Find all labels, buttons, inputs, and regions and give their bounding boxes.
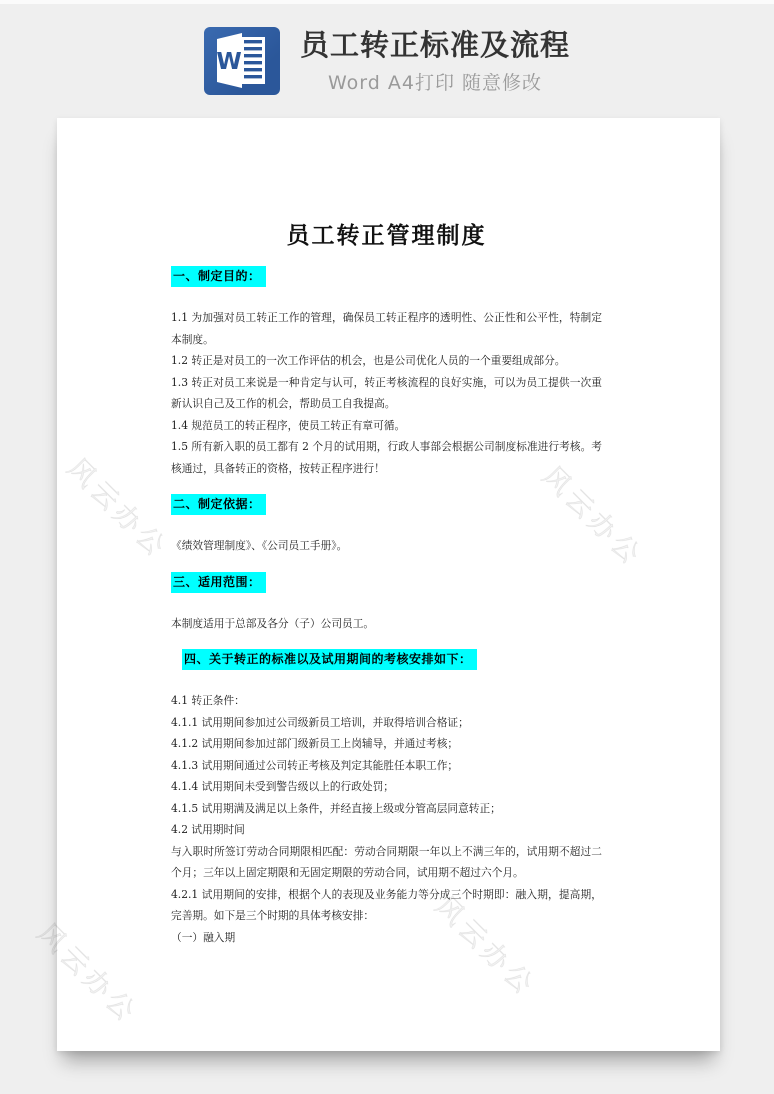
word-icon: W	[204, 27, 280, 95]
section-heading: 二、制定依据：	[171, 494, 266, 515]
paragraph: 4.1.2 试用期间参加过部门级新员工上岗辅导，并通过考核；	[171, 733, 602, 755]
page-title: 员工转正标准及流程	[300, 27, 570, 63]
paragraph: 4.2 试用期时间	[171, 819, 602, 841]
paragraph: 本制度适用于总部及各分（子）公司员工。	[171, 613, 602, 635]
section-heading: 四、关于转正的标准以及试用期间的考核安排如下：	[182, 649, 477, 670]
paragraph: 与入职时所签订劳动合同期限相匹配：劳动合同期限一年以上不满三年的，试用期不超过二…	[171, 841, 602, 884]
watermark-text: 风云办公	[60, 448, 178, 566]
paragraph: 4.1 转正条件：	[171, 690, 602, 712]
watermark-text: 风云办公	[30, 913, 148, 1031]
paragraph: 1.4 规范员工的转正程序，使员工转正有章可循。	[171, 415, 602, 437]
paragraph: 4.1.5 试用期满及满足以上条件，并经直接上级或分管高层同意转正；	[171, 798, 602, 820]
word-icon-graphic: W	[204, 27, 280, 95]
word-icon-letter: W	[216, 49, 241, 75]
section-heading-row: 二、制定依据：	[171, 493, 602, 515]
site-header: W 员工转正标准及流程 Word A4打印 随意修改	[0, 27, 774, 95]
preview-canvas: W 员工转正标准及流程 Word A4打印 随意修改 风云办公 风云办公 风云办…	[0, 0, 774, 1094]
paragraph: 1.1 为加强对员工转正工作的管理，确保员工转正程序的透明性、公正性和公平性，特…	[171, 307, 602, 350]
document-title: 员工转正管理制度	[171, 221, 602, 251]
section-heading-row: 四、关于转正的标准以及试用期间的考核安排如下：	[182, 648, 602, 670]
header-text: 员工转正标准及流程 Word A4打印 随意修改	[300, 27, 570, 95]
paragraph: （一）融入期	[171, 927, 602, 949]
document-page: 风云办公 风云办公 风云办公 风云办公 员工转正管理制度 一、制定目的：1.1 …	[57, 118, 720, 1051]
paragraph: 1.3 转正对员工来说是一种肯定与认可，转正考核流程的良好实施，可以为员工提供一…	[171, 372, 602, 415]
page-subtitle: Word A4打印 随意修改	[328, 68, 542, 95]
section-heading-row: 三、适用范围：	[171, 571, 602, 593]
paragraph: 1.2 转正是对员工的一次工作评估的机会，也是公司优化人员的一个重要组成部分。	[171, 350, 602, 372]
top-strip	[0, 0, 774, 4]
paragraph: 1.5 所有新入职的员工都有 2 个月的试用期，行政人事部会根据公司制度标准进行…	[171, 436, 602, 479]
paragraph: 《绩效管理制度》、《公司员工手册》。	[171, 535, 602, 557]
paragraph: 4.2.1 试用期间的安排，根据个人的表现及业务能力等分成三个时期即：融入期，提…	[171, 884, 602, 927]
paragraph: 4.1.4 试用期间未受到警告级以上的行政处罚；	[171, 776, 602, 798]
document-body: 一、制定目的：1.1 为加强对员工转正工作的管理，确保员工转正程序的透明性、公正…	[171, 265, 602, 948]
document-content: 员工转正管理制度 一、制定目的：1.1 为加强对员工转正工作的管理，确保员工转正…	[171, 221, 602, 948]
section-heading: 一、制定目的：	[171, 266, 266, 287]
section-heading: 三、适用范围：	[171, 572, 266, 593]
paragraph: 4.1.3 试用期间通过公司转正考核及判定其能胜任本职工作；	[171, 755, 602, 777]
section-heading-row: 一、制定目的：	[171, 265, 602, 287]
paragraph: 4.1.1 试用期间参加过公司级新员工培训，并取得培训合格证；	[171, 712, 602, 734]
